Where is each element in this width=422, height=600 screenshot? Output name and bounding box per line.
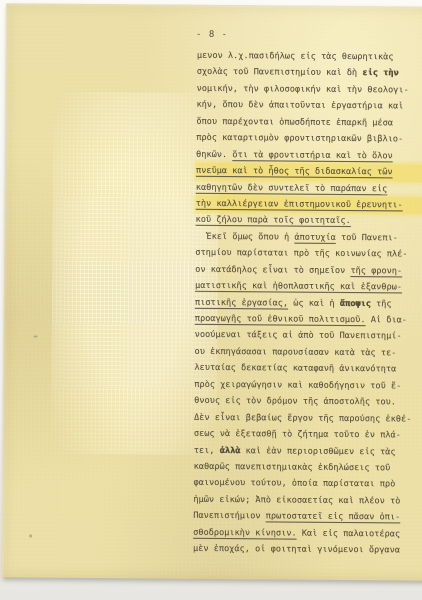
document-page: - 8 - μενον λ.χ.πασιδήλως εἰς τὰς θεωρητ… [2, 3, 422, 580]
text-line: πιστικῆς ἐργασίας, ὡς καὶ ἡ ἄποψις τῆς [195, 294, 422, 312]
text-line: τὴν καλλιέργειαν ἐπιστημονικοῦ ἐρευνητι- [196, 196, 422, 214]
text-segment: Καὶ εἰς παλαιοτέρας [297, 528, 401, 539]
text-line: ου ἐκπηγάσασαι παρουσίασαν κατὰ τὰς τε- [194, 344, 422, 362]
text-segment: ου ἐκπηγάσασαι παρουσίασαν κατὰ τὰς τε- [194, 347, 396, 359]
text-line: θνους εἰς τὸν δρόμον τῆς ἀποστολῆς του. [194, 393, 422, 411]
text-line: στημίου παρίσταται πρὸ τῆς κοινωνίας πλέ… [195, 245, 422, 263]
bold-text: ἄποψις [340, 298, 371, 308]
page-number: - 8 - [196, 30, 228, 40]
text-segment: νοούμεναι τάξεις αἱ ἀπὸ τοῦ Πανεπιστημί- [195, 330, 402, 342]
text-line: σεως νὰ ἐξετασθῇ τὸ ζήτημα τοῦτο ἐν πλά- [194, 426, 422, 444]
text-segment: λευταίας δεκαετίας καταφανῆ ἀνικανότητα [194, 363, 396, 375]
pencil-speck [29, 534, 32, 537]
text-line: πρὸς καταρτισμὸν φροντιστηριακῶν βιβλιο- [196, 130, 422, 148]
text-segment: θηκῶν. [196, 149, 232, 159]
underlined-text: κοῦ ζήλου παρὰ τοῖς φοιτηταῖς. [196, 215, 351, 226]
text-segment: Πανεπιστήμιον [193, 511, 266, 522]
text-line: νοούμεναι τάξεις αἱ ἀπὸ τοῦ Πανεπιστημί- [195, 327, 422, 345]
pencil-speck [34, 336, 38, 338]
text-line: νομικήν, τὴν φιλοσοφικήν καὶ τὴν θεολογι… [197, 81, 422, 99]
underlined-text: ἀποτυχία [294, 232, 335, 242]
underlined-text: σθοδρομικὴν κίνησιν. [193, 527, 297, 538]
text-line: τει, ἀλλὰ καὶ ἐὰν περιορισθῶμεν εἰς τὰς [194, 442, 422, 460]
text-segment: καὶ ἐὰν περιορισθῶμεν εἰς τὰς [240, 446, 395, 457]
text-segment: τει, [194, 445, 220, 455]
underlined-text: προαγωγῆς τοῦ ἐθνικοῦ πολιτισμοῦ. [195, 314, 366, 325]
text-segment: ἡμῶν εἰκών; Ἀπὸ εἰκοσαετίας καὶ πλέον τὸ [193, 495, 400, 507]
text-line: σθοδρομικὴν κίνησιν. Καὶ εἰς παλαιοτέρας [193, 524, 422, 542]
text-segment: νομικήν, τὴν φιλοσοφικήν καὶ τὴν θεολογι… [197, 84, 409, 96]
text-line: καθηγητῶν δὲν συντελεῖ τὸ παράπαν εἰς [196, 179, 422, 197]
underlined-text: καθηγητῶν δὲν συντελεῖ τὸ παράπαν εἰς [196, 182, 388, 194]
text-segment: πρὸς καταρτισμὸν φροντιστηριακῶν βιβλιο- [196, 133, 403, 145]
text-segment: θνους εἰς τὸν δρόμον τῆς ἀποστολῆς του. [194, 396, 396, 408]
text-line: ματιστικῆς καὶ ἠθοπλαστικῆς καὶ ἐξανθρω- [195, 278, 422, 296]
text-line: μενον λ.χ.πασιδήλως εἰς τὰς θεωρητικὰς [197, 48, 422, 66]
underlined-text: πνεῦμα καὶ τὸ ἦθος τῆς διδασκαλίας τῶν [196, 166, 393, 178]
text-line: Ἐκεῖ ὅμως ὅπου ἡ ἀποτυχία τοῦ Πανεπι- [195, 229, 422, 247]
text-segment: καθαρῶς πανεπιστημιακὰς ἐκδηλώσεις τοῦ [194, 462, 391, 474]
text-segment: σχολὰς τοῦ Πανεπιστημίου καὶ δὴ [197, 67, 363, 78]
text-line: σχολὰς τοῦ Πανεπιστημίου καὶ δὴ εἰς τὴν [197, 64, 422, 82]
text-line: λευταίας δεκαετίας καταφανῆ ἀνικανότητα [194, 360, 422, 378]
text-line: μὲν ἐποχάς, οἱ φοιτηταὶ γινόμενοι ὄργανα [193, 541, 422, 559]
text-segment: μενον λ.χ.πασιδήλως εἰς τὰς θεωρητικὰς [197, 51, 394, 63]
text-line: κήν, ὅπου δὲν ἀπαιτοῦνται ἐργαστήρια καὶ [196, 97, 422, 115]
text-segment: τοῦ Πανεπι- [336, 233, 398, 243]
text-segment: κήν, ὅπου δὲν ἀπαιτοῦνται ἐργαστήρια καὶ [196, 100, 403, 112]
text-line: προαγωγῆς τοῦ ἐθνικοῦ πολιτισμοῦ. Αἱ δια… [195, 311, 422, 329]
text-segment: ὡς καὶ ἡ [288, 298, 340, 308]
text-line: πνεῦμα καὶ τὸ ἦθος τῆς διδασκαλίας τῶν [196, 163, 422, 181]
text-segment: ὅπου παρέχονται ὁπωσδήποτε ἐπαρκῆ μέσα [196, 117, 393, 129]
text-segment: Αἱ δια- [365, 315, 406, 325]
text-segment: μὲν ἐποχάς, οἱ φοιτηταὶ γινόμενοι ὄργανα [193, 544, 400, 556]
text-segment: φαινομένου τούτου, ὁποία παρίσταται πρὸ [193, 478, 395, 490]
underlined-text: πιστικῆς ἐργασίας, [195, 297, 288, 308]
text-segment: Δὲν εἶναι βεβαίως ἔργον τῆς παρούσης ἐκθ… [194, 412, 411, 424]
text-line: πρὸς χειραγώγησιν καὶ καθοδήγησιν τοῦ ἔ- [194, 377, 422, 395]
text-line: Δὲν εἶναι βεβαίως ἔργον τῆς παρούσης ἐκθ… [194, 409, 422, 427]
text-line: ἡμῶν εἰκών; Ἀπὸ εἰκοσαετίας καὶ πλέον τὸ [193, 492, 422, 510]
text-segment: στημίου παρίσταται πρὸ τῆς κοινωνίας πλέ… [195, 248, 407, 260]
text-segment: Ἐκεῖ ὅμως ὅπου ἡ [206, 232, 294, 243]
scanned-document-view: - 8 - μενον λ.χ.πασιδήλως εἰς τὰς θεωρητ… [0, 0, 422, 600]
bold-text: εἰς τὴν [362, 69, 398, 79]
text-segment: τῆς [371, 299, 392, 309]
bold-text: ἀλλὰ [220, 445, 241, 455]
text-line: φαινομένου τούτου, ὁποία παρίσταται πρὸ [193, 475, 422, 493]
underlined-text: ὅτι τὰ φροντιστήρια καὶ τὸ ὅλον [232, 150, 392, 161]
text-line: ον κατάδηλος εἶναι τὸ σημεῖον τῆς φρονη- [195, 261, 422, 279]
text-column: μενον λ.χ.πασιδήλως εἰς τὰς θεωρητικὰςσχ… [193, 48, 422, 559]
text-line: καθαρῶς πανεπιστημιακὰς ἐκδηλώσεις τοῦ [194, 459, 422, 477]
underlined-text: τῆς φρονη- [350, 266, 402, 276]
underlined-text: τὴν καλλιέργειαν ἐπιστημονικοῦ ἐρευνητι- [196, 199, 403, 211]
text-segment: σεως νὰ ἐξετασθῇ τὸ ζήτημα τοῦτο ἐν πλά- [194, 429, 401, 441]
underlined-text: ματιστικῆς καὶ ἠθοπλαστικῆς καὶ ἐξανθρω- [195, 281, 402, 293]
text-line: Πανεπιστήμιον πρωτοστατεῖ εἰς πᾶσαν ὀπι- [193, 508, 422, 526]
text-segment: ον κατάδηλος εἶναι τὸ σημεῖον [195, 264, 350, 275]
text-line: θηκῶν. ὅτι τὰ φροντιστήρια καὶ τὸ ὅλον [196, 146, 422, 164]
underlined-text: πρωτοστατεῖ εἰς πᾶσαν ὀπι- [266, 512, 401, 523]
text-segment: πρὸς χειραγώγησιν καὶ καθοδήγησιν τοῦ ἔ- [194, 380, 401, 392]
text-line: ὅπου παρέχονται ὁπωσδήποτε ἐπαρκῆ μέσα [196, 114, 422, 132]
text-line: κοῦ ζήλου παρὰ τοῖς φοιτηταῖς. [195, 212, 422, 230]
